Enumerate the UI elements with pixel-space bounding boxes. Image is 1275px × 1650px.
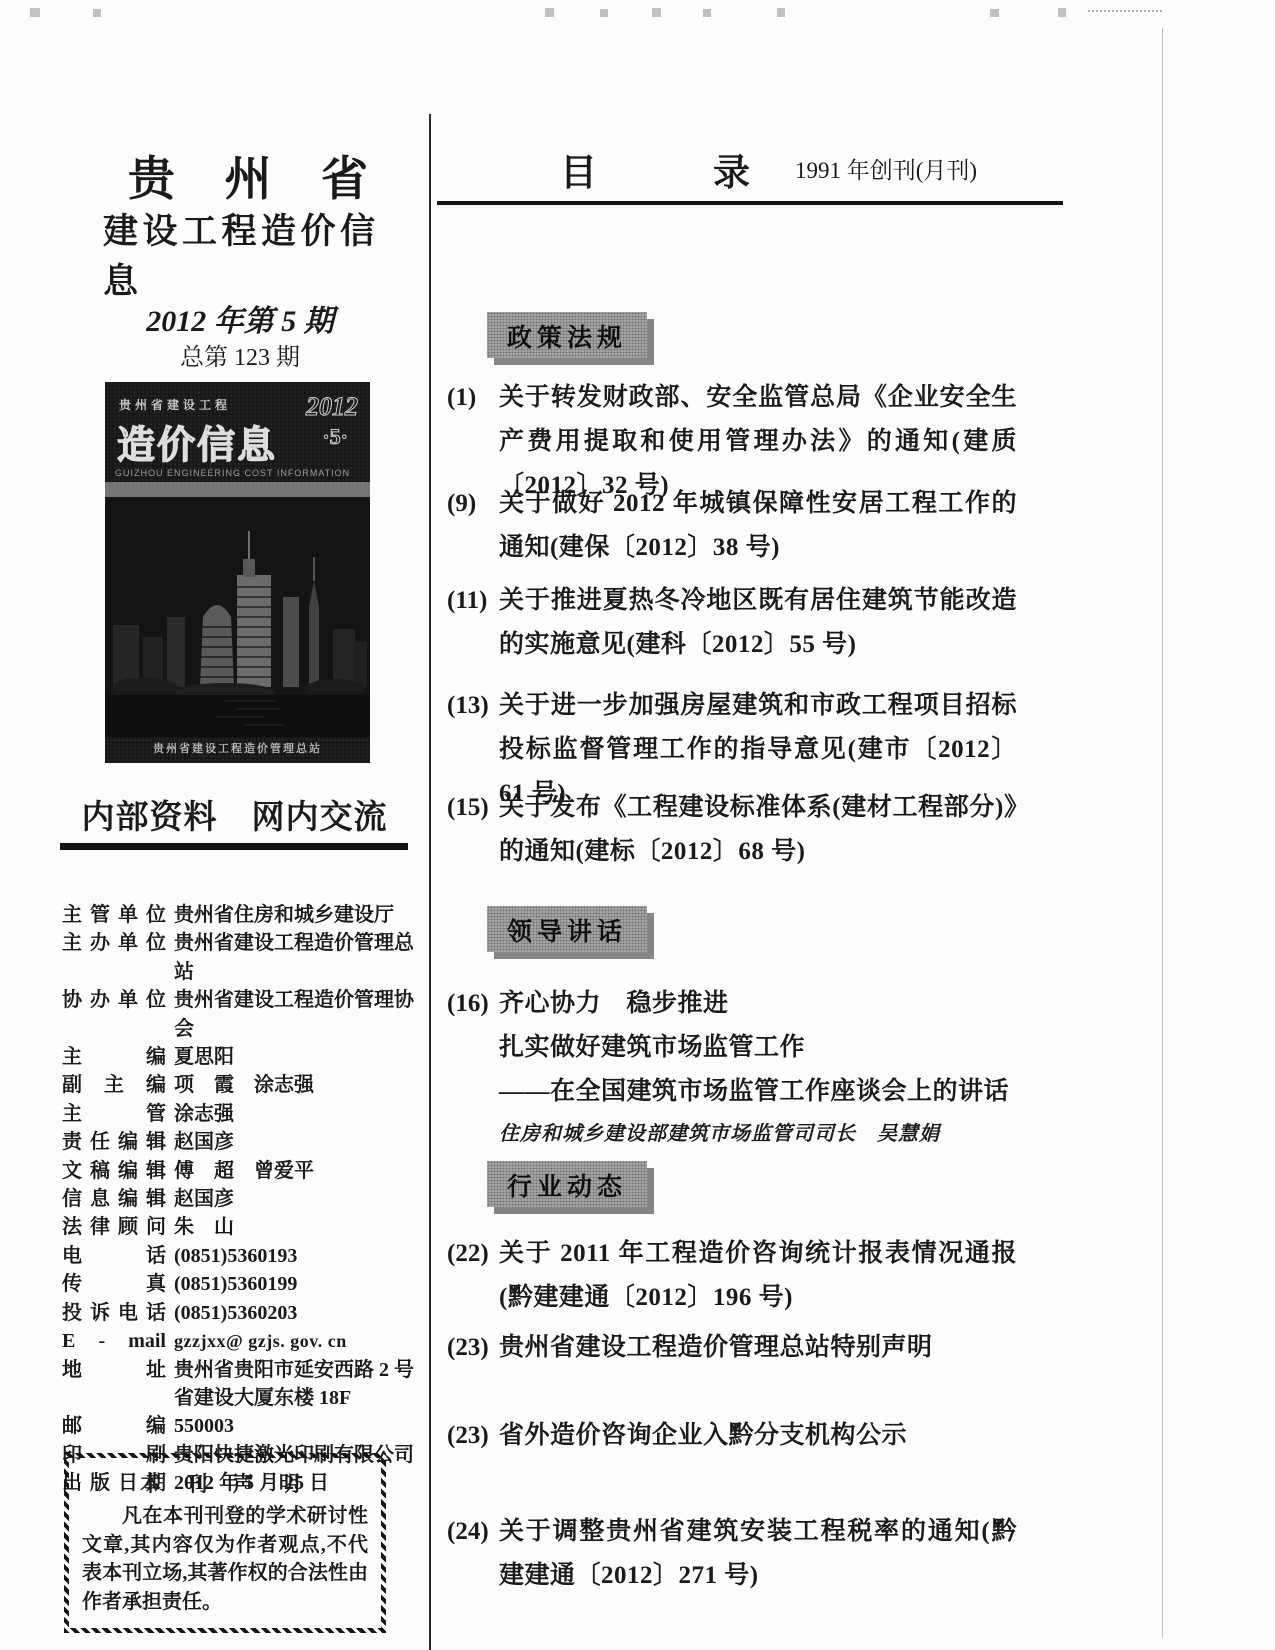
toc-entry-page: (16) xyxy=(447,982,499,1154)
toc-entry: (22) 关于 2011 年工程造价咨询统计报表情况通报(黔建建通〔2012〕1… xyxy=(447,1232,1017,1320)
toc-entry-page: (11) xyxy=(447,579,499,667)
toc-entry-page: (23) xyxy=(447,1414,499,1458)
info-label: 地址 xyxy=(62,1356,166,1413)
info-value: 夏思阳 xyxy=(174,1043,414,1071)
internal-exchange-line: 内部资料 网内交流 xyxy=(62,791,407,838)
scan-artifact xyxy=(777,8,785,17)
left-column-rule xyxy=(60,843,408,850)
toc-entry: (11) 关于推进夏热冬冷地区既有居住建筑节能改造的实施意见(建科〔2012〕5… xyxy=(447,579,1017,667)
info-value: 赵国彦 xyxy=(174,1128,414,1156)
info-label: 主管单位 xyxy=(62,901,166,929)
info-row: 副主编项 霞 涂志强 xyxy=(62,1071,414,1099)
info-row: 文稿编辑傅 超 曾爱平 xyxy=(62,1157,414,1185)
column-divider xyxy=(429,114,431,1650)
section-heading-policy: 政策法规 xyxy=(487,312,647,358)
toc-entry-page: (22) xyxy=(447,1232,499,1320)
toc-entry-text: 关于发布《工程建设标准体系(建材工程部分)》的通知(建标〔2012〕68 号) xyxy=(499,786,1017,874)
info-value: (0851)5360193 xyxy=(174,1242,414,1270)
scan-artifact xyxy=(990,9,999,17)
info-label: 主管 xyxy=(62,1100,166,1128)
toc-founded-note: 1991 年创刊(月刊) xyxy=(795,152,977,185)
scan-artifact xyxy=(1058,8,1066,17)
scan-artifact xyxy=(703,9,711,17)
info-row: 法律顾问朱 山 xyxy=(62,1213,414,1241)
info-label: 投诉电话 xyxy=(62,1299,166,1327)
info-value: 550003 xyxy=(174,1412,414,1440)
toc-entry-author: 住房和城乡建设部建筑市场监管司司长 吴慧娟 xyxy=(499,1114,1017,1154)
declaration-title: 本 刊 声 明 xyxy=(82,1468,368,1498)
info-value: 傅 超 曾爱平 xyxy=(174,1157,414,1185)
info-row: 传真(0851)5360199 xyxy=(62,1270,414,1298)
toc-entry-page: (24) xyxy=(447,1510,499,1598)
info-label: 主办单位 xyxy=(62,929,166,986)
info-value: 贵州省建设工程造价管理总站 xyxy=(174,929,414,986)
info-label: 邮编 xyxy=(62,1412,166,1440)
info-label: 主编 xyxy=(62,1043,166,1071)
toc-entry-line: ——在全国建筑市场监管工作座谈会上的讲话 xyxy=(499,1070,1017,1114)
section-heading-speeches: 领导讲话 xyxy=(487,906,647,952)
info-value: 项 霞 涂志强 xyxy=(174,1071,414,1099)
cover-bottom-caption: 贵州省建设工程造价管理总站 xyxy=(105,740,370,756)
info-value: 贵州省贵阳市延安西路 2 号省建设大厦东楼 18F xyxy=(174,1356,414,1413)
info-row: 投诉电话(0851)5360203 xyxy=(62,1299,414,1327)
info-label: 法律顾问 xyxy=(62,1213,166,1241)
info-label: 传真 xyxy=(62,1270,166,1298)
cover-title: 造价信息 xyxy=(117,414,277,469)
toc-entry-text: 关于 2011 年工程造价咨询统计报表情况通报(黔建建通〔2012〕196 号) xyxy=(499,1232,1017,1320)
cover-year: 2012 xyxy=(306,392,358,422)
masthead-province: 贵州省 xyxy=(128,142,368,209)
info-label: 信息编辑 xyxy=(62,1185,166,1213)
scan-artifact xyxy=(30,8,40,17)
info-value: 贵州省住房和城乡建设厅 xyxy=(174,901,414,929)
scan-edge-line xyxy=(1162,28,1163,1638)
declaration-body: 凡在本刊刊登的学术研讨性文章,其内容仅为作者观点,不代表本刊立场,其著作权的合法… xyxy=(82,1502,368,1616)
info-row: 主管涂志强 xyxy=(62,1100,414,1128)
toc-entry: (15) 关于发布《工程建设标准体系(建材工程部分)》的通知(建标〔2012〕6… xyxy=(447,786,1017,874)
toc-title: 目录 xyxy=(560,142,750,196)
info-row: 邮编550003 xyxy=(62,1412,414,1440)
info-row: 地址贵州省贵阳市延安西路 2 号省建设大厦东楼 18F xyxy=(62,1356,414,1413)
info-row: 责任编辑赵国彦 xyxy=(62,1128,414,1156)
toc-entry-page: (15) xyxy=(447,786,499,874)
toc-entry-page: (9) xyxy=(447,482,499,570)
info-row: 电话(0851)5360193 xyxy=(62,1242,414,1270)
journal-declaration-box: 本 刊 声 明 凡在本刊刊登的学术研讨性文章,其内容仅为作者观点,不代表本刊立场… xyxy=(64,1453,386,1633)
toc-entry-line: 齐心协力 稳步推进 xyxy=(499,982,1017,1026)
toc-entry-text: 关于做好 2012 年城镇保障性安居工程工作的通知(建保〔2012〕38 号) xyxy=(499,482,1017,570)
toc-entry-line: 扎实做好建筑市场监管工作 xyxy=(499,1026,1017,1070)
info-value: (0851)5360199 xyxy=(174,1270,414,1298)
scan-artifact xyxy=(600,9,608,17)
info-row: E - mailgzzjxx@ gzjs. gov. cn xyxy=(62,1327,414,1355)
cover-skyline-photo xyxy=(105,497,370,737)
toc-entry: (23) 省外造价咨询企业入黔分支机构公示 xyxy=(447,1414,1017,1458)
cover-publisher-small: 贵州省建设工程 xyxy=(119,396,231,413)
toc-entry: (16) 齐心协力 稳步推进 扎实做好建筑市场监管工作 ——在全国建筑市场监管工… xyxy=(447,982,1017,1154)
toc-entry: (24) 关于调整贵州省建筑安装工程税率的通知(黔建建通〔2012〕271 号) xyxy=(447,1510,1017,1598)
toc-header-rule xyxy=(437,201,1063,205)
cover-issue-number: ·5· xyxy=(322,424,348,450)
info-value: gzzjxx@ gzjs. gov. cn xyxy=(174,1327,414,1355)
toc-entry-page: (23) xyxy=(447,1326,499,1370)
cover-english-caption: GUIZHOU ENGINEERING COST INFORMATION xyxy=(115,468,360,478)
scan-artifact xyxy=(652,8,661,17)
info-row: 主编夏思阳 xyxy=(62,1043,414,1071)
scan-dotted-line xyxy=(1088,10,1162,12)
section-heading-industry: 行业动态 xyxy=(487,1161,647,1207)
journal-cover-image: 贵州省建设工程 造价信息 2012 ·5· GUIZHOU ENGINEERIN… xyxy=(105,382,370,763)
info-value: 涂志强 xyxy=(174,1100,414,1128)
issue-line: 2012 年第 5 期 xyxy=(60,296,420,340)
total-issue-line: 总第 123 期 xyxy=(60,337,420,372)
info-row: 协办单位贵州省建设工程造价管理协会 xyxy=(62,986,414,1043)
scanned-journal-toc-page: 贵州省 建设工程造价信息 2012 年第 5 期 总第 123 期 贵州省建设工… xyxy=(0,0,1275,1650)
info-value: 朱 山 xyxy=(174,1213,414,1241)
scan-artifact xyxy=(545,8,554,17)
info-value: (0851)5360203 xyxy=(174,1299,414,1327)
info-value: 赵国彦 xyxy=(174,1185,414,1213)
info-label: 文稿编辑 xyxy=(62,1157,166,1185)
info-label: E - mail xyxy=(62,1327,166,1355)
toc-entry-text: 省外造价咨询企业入黔分支机构公示 xyxy=(499,1414,1017,1458)
info-row: 主办单位贵州省建设工程造价管理总站 xyxy=(62,929,414,986)
info-label: 副主编 xyxy=(62,1071,166,1099)
toc-entry-text: 齐心协力 稳步推进 扎实做好建筑市场监管工作 ——在全国建筑市场监管工作座谈会上… xyxy=(499,982,1017,1154)
info-value: 贵州省建设工程造价管理协会 xyxy=(174,986,414,1043)
scan-artifact xyxy=(93,9,101,17)
toc-entry-text: 关于调整贵州省建筑安装工程税率的通知(黔建建通〔2012〕271 号) xyxy=(499,1510,1017,1598)
info-row: 主管单位贵州省住房和城乡建设厅 xyxy=(62,901,414,929)
info-row: 信息编辑赵国彦 xyxy=(62,1185,414,1213)
toc-entry: (23) 贵州省建设工程造价管理总站特别声明 xyxy=(447,1326,1017,1370)
publication-info-list: 主管单位贵州省住房和城乡建设厅 主办单位贵州省建设工程造价管理总站 协办单位贵州… xyxy=(62,901,414,1498)
toc-entry: (9) 关于做好 2012 年城镇保障性安居工程工作的通知(建保〔2012〕38… xyxy=(447,482,1017,570)
info-label: 电话 xyxy=(62,1242,166,1270)
info-label: 责任编辑 xyxy=(62,1128,166,1156)
cover-gray-band xyxy=(105,482,370,497)
toc-entry-text: 关于推进夏热冬冷地区既有居住建筑节能改造的实施意见(建科〔2012〕55 号) xyxy=(499,579,1017,667)
toc-entry-text: 贵州省建设工程造价管理总站特别声明 xyxy=(499,1326,1017,1370)
info-label: 协办单位 xyxy=(62,986,166,1043)
masthead-title: 建设工程造价信息 xyxy=(103,204,375,304)
